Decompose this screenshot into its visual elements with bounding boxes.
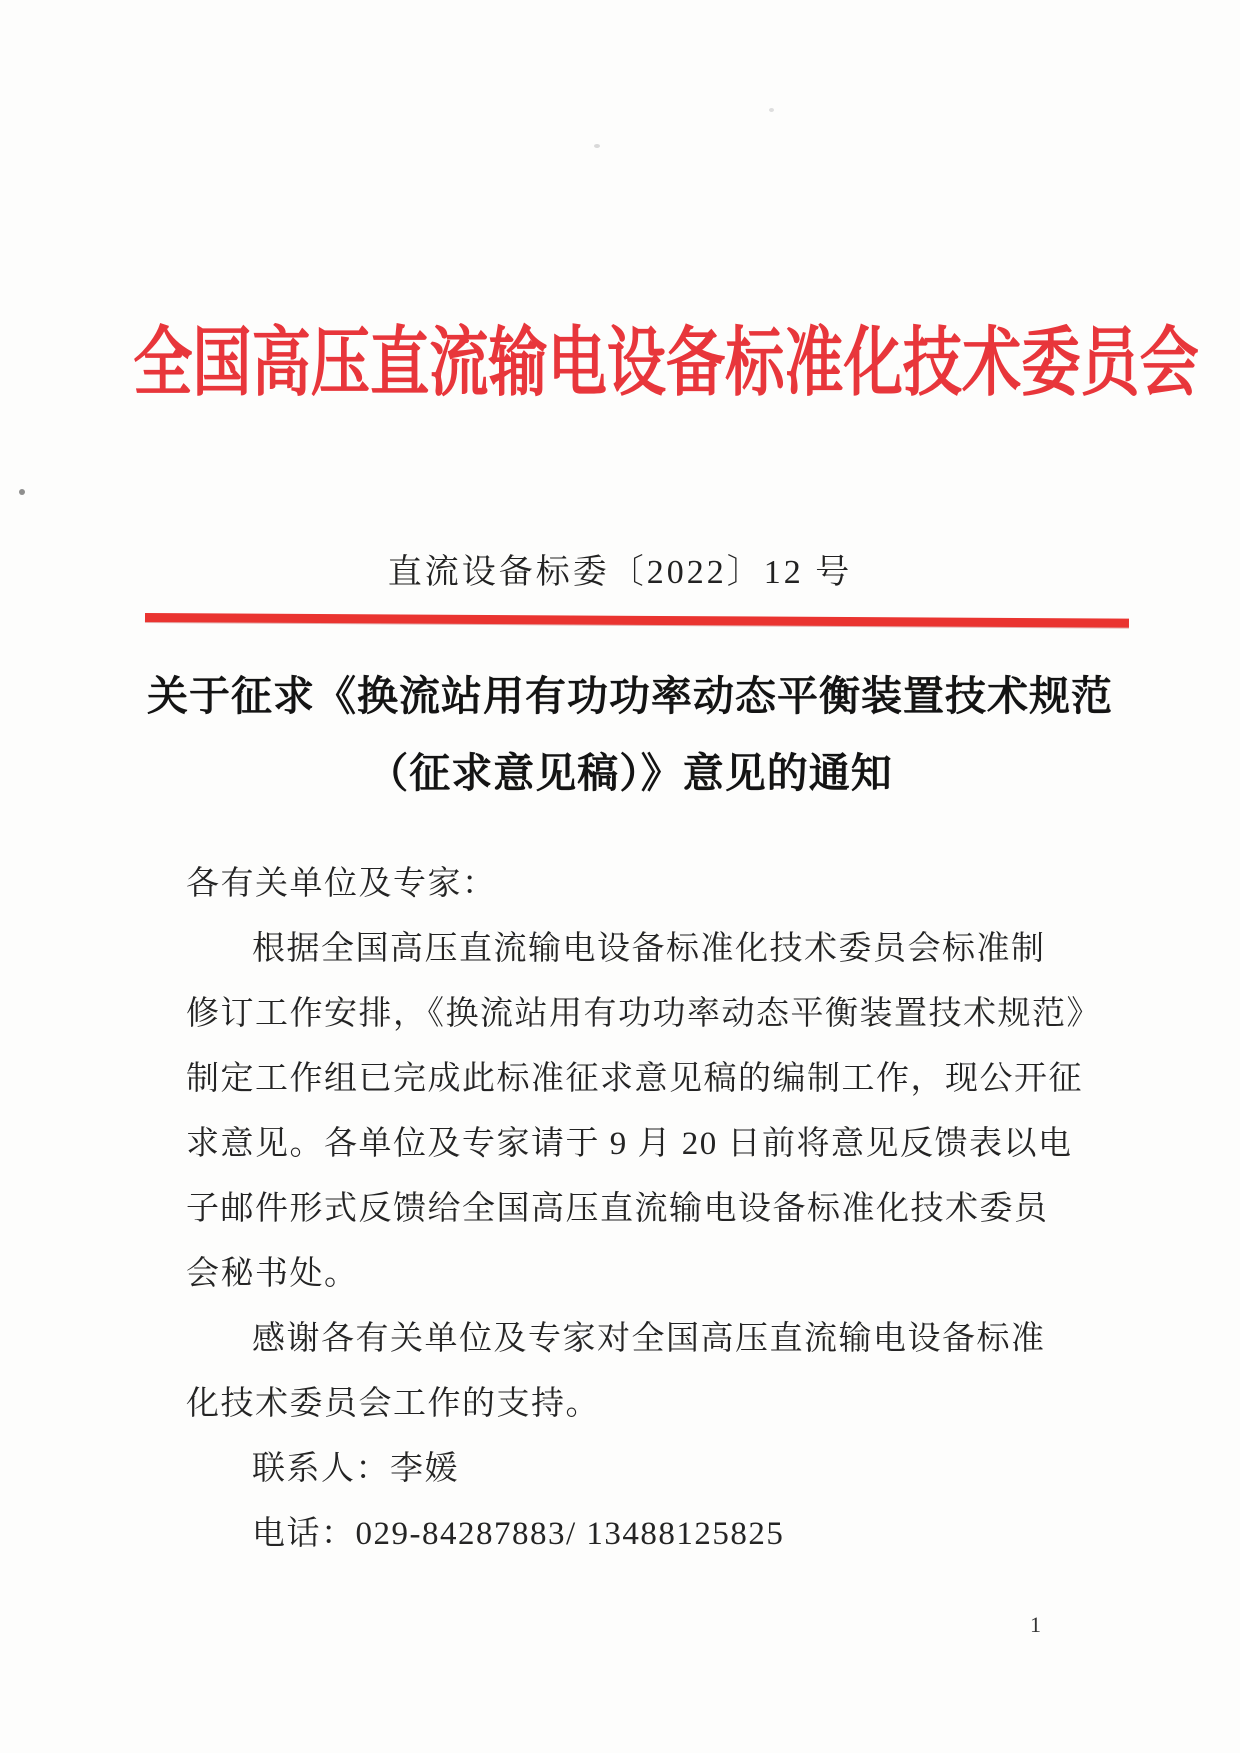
paragraph1-line: 制定工作组已完成此标准征求意见稿的编制工作，现公开征: [186, 1047, 1146, 1112]
document-page: 全国高压直流输电设备标准化技术委员会 直流设备标委〔2022〕12 号 关于征求…: [0, 0, 1240, 1753]
contact-phone-line: 电话：029-84287883/ 13488125825: [186, 1502, 1146, 1567]
notice-title: 关于征求《换流站用有功功率动态平衡装置技术规范 （征求意见稿）》意见的通知: [20, 658, 1240, 812]
paragraph1-line: 会秘书处。: [186, 1242, 1146, 1307]
scan-artifact-dot: [19, 489, 25, 495]
contact-person-line: 联系人：李媛: [186, 1437, 1146, 1502]
notice-title-line-2: （征求意见稿）》意见的通知: [20, 735, 1240, 812]
paragraph1-line: 修订工作安排，《换流站用有功功率动态平衡装置技术规范》: [186, 982, 1146, 1047]
paragraph1-line: 根据全国高压直流输电设备标准化技术委员会标准制: [186, 917, 1146, 982]
paragraph2-line: 感谢各有关单位及专家对全国高压直流输电设备标准: [186, 1307, 1146, 1372]
paragraph1-line: 求意见。各单位及专家请于 9 月 20 日前将意见反馈表以电: [186, 1112, 1146, 1177]
paragraph2-line: 化技术委员会工作的支持。: [186, 1372, 1146, 1437]
letterhead: 全国高压直流输电设备标准化技术委员会: [0, 318, 1240, 410]
scan-artifact-dot: [769, 108, 774, 112]
letter-body: 各有关单位及专家： 根据全国高压直流输电设备标准化技术委员会标准制 修订工作安排…: [186, 852, 1146, 1567]
notice-title-line-1: 关于征求《换流站用有功功率动态平衡装置技术规范: [20, 658, 1240, 735]
letterhead-title: 全国高压直流输电设备标准化技术委员会: [133, 317, 1199, 411]
scan-artifact-dot: [594, 144, 600, 148]
page-number: 1: [1030, 1612, 1041, 1638]
paragraph1-line: 子邮件形式反馈给全国高压直流输电设备标准化技术委员: [186, 1177, 1146, 1242]
greeting-line: 各有关单位及专家：: [186, 852, 1146, 917]
document-number: 直流设备标委〔2022〕12 号: [0, 544, 1240, 593]
red-divider-rule: [145, 613, 1129, 628]
